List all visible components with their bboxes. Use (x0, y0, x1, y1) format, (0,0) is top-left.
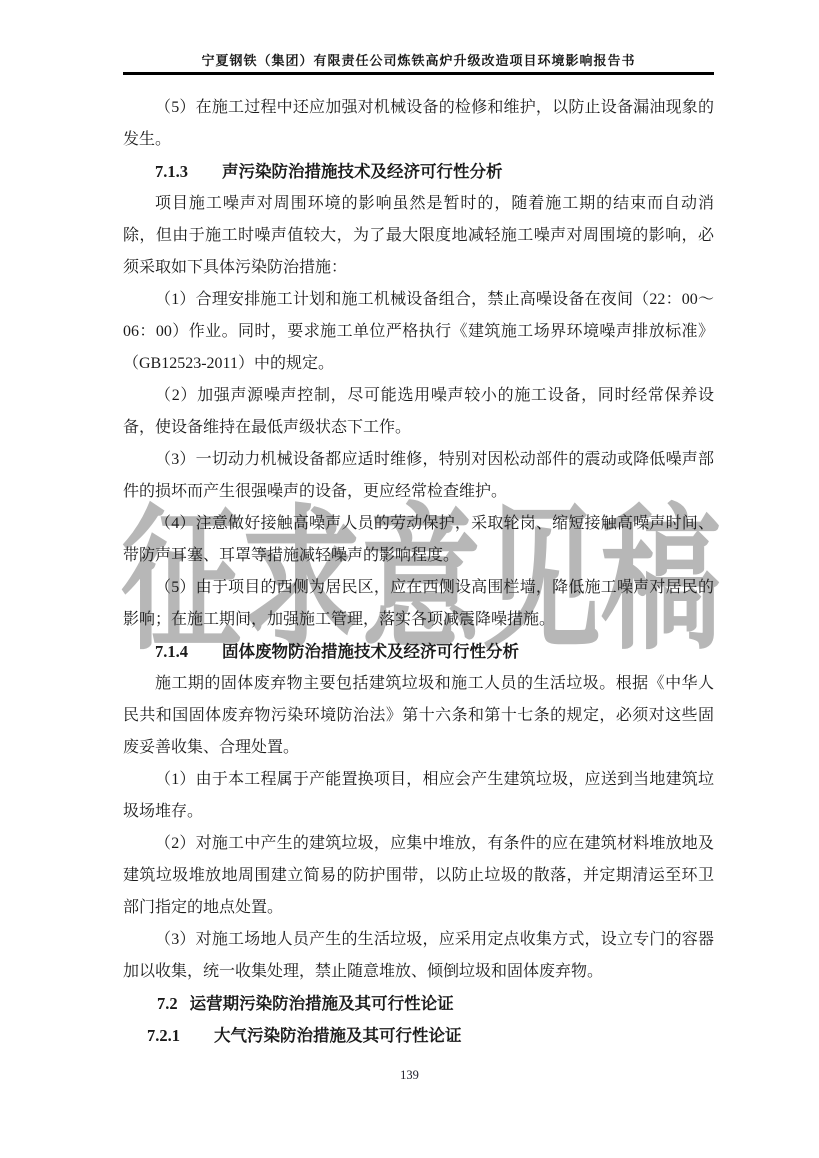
header-rule (123, 72, 714, 75)
heading-number: 7.1.4 (155, 642, 188, 661)
heading-title: 运营期污染防治措施及其可行性论证 (190, 994, 454, 1013)
heading-title: 固体废物防治措施技术及经济可行性分析 (222, 642, 519, 661)
paragraph-noise-measure-1: （1）合理安排施工计划和施工机械设备组合，禁止高噪设备在夜间（22：00～06：… (123, 284, 714, 380)
paragraph-5-equipment-maintenance: （5）在施工过程中还应加强对机械设备的检修和维护，以防止设备漏油现象的发生。 (123, 92, 714, 156)
heading-number: 7.2 (157, 994, 178, 1013)
page-header: 宁夏钢铁（集团）有限责任公司炼铁高炉升级改造项目环境影响报告书 (123, 50, 714, 69)
header-title: 宁夏钢铁（集团）有限责任公司炼铁高炉升级改造项目环境影响报告书 (123, 50, 714, 69)
document-page: 宁夏钢铁（集团）有限责任公司炼铁高炉升级改造项目环境影响报告书 征 求 意 见 … (0, 0, 819, 1158)
section-heading-7-1-4: 7.1.4固体废物防治措施技术及经济可行性分析 (123, 636, 714, 668)
paragraph-solid-waste-intro: 施工期的固体废弃物主要包括建筑垃圾和施工人员的生活垃圾。根据《中华人民共和国固体… (123, 668, 714, 764)
paragraph-solid-waste-2: （2）对施工中产生的建筑垃圾，应集中堆放，有条件的应在建筑材料堆放地及建筑垃圾堆… (123, 828, 714, 924)
paragraph-noise-measure-3: （3）一切动力机械设备都应适时维修，特别对因松动部件的震动或降低噪声部件的损坏而… (123, 444, 714, 508)
section-heading-7-2: 7.2运营期污染防治措施及其可行性论证 (123, 988, 714, 1020)
paragraph-solid-waste-1: （1）由于本工程属于产能置换项目，相应会产生建筑垃圾，应送到当地建筑垃圾场堆存。 (123, 764, 714, 828)
paragraph-noise-intro: 项目施工噪声对周围环境的影响虽然是暂时的，随着施工期的结束而自动消除，但由于施工… (123, 188, 714, 284)
page-number: 139 (0, 1068, 819, 1083)
paragraph-noise-measure-5: （5）由于项目的西侧为居民区，应在西侧设高围栏墙，降低施工噪声对居民的影响；在施… (123, 572, 714, 636)
section-heading-7-1-3: 7.1.3声污染防治措施技术及经济可行性分析 (123, 156, 714, 188)
paragraph-noise-measure-4: （4）注意做好接触高噪声人员的劳动保护，采取轮岗、缩短接触高噪声时间、带防声耳塞… (123, 508, 714, 572)
paragraph-solid-waste-3: （3）对施工场地人员产生的生活垃圾，应采用定点收集方式，设立专门的容器加以收集，… (123, 924, 714, 988)
paragraph-noise-measure-2: （2）加强声源噪声控制，尽可能选用噪声较小的施工设备，同时经常保养设备，使设备维… (123, 380, 714, 444)
heading-number: 7.1.3 (155, 162, 188, 181)
heading-title: 大气污染防治措施及其可行性论证 (214, 1026, 462, 1045)
section-heading-7-2-1: 7.2.1大气污染防治措施及其可行性论证 (123, 1020, 714, 1052)
document-body: （5）在施工过程中还应加强对机械设备的检修和维护，以防止设备漏油现象的发生。 7… (123, 92, 714, 1052)
heading-number: 7.2.1 (147, 1026, 180, 1045)
heading-title: 声污染防治措施技术及经济可行性分析 (222, 162, 503, 181)
